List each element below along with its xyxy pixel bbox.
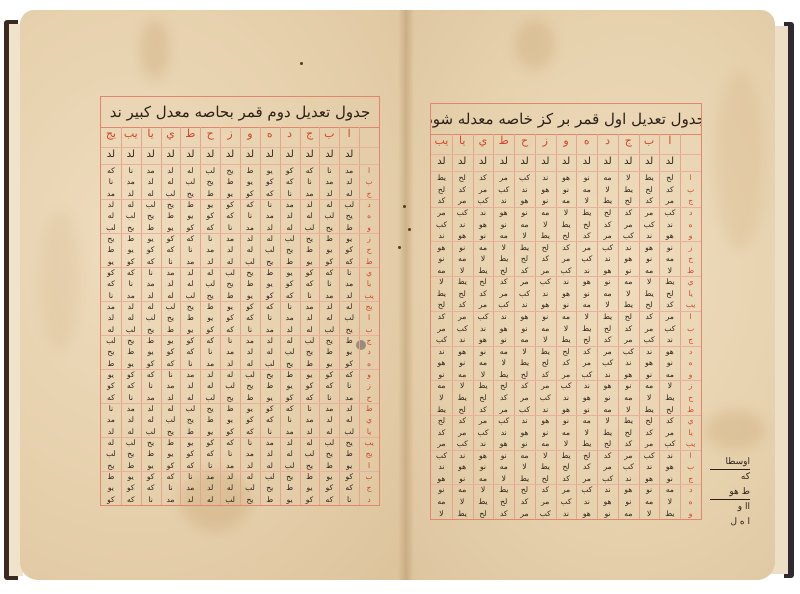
table-cell: كو <box>121 370 141 379</box>
table-cell: نو <box>556 416 577 425</box>
table-cell: لد <box>161 279 181 288</box>
table-row: يالحيطلامهنوهوندكبمركدلحيط <box>431 288 701 300</box>
table-cell: ند <box>618 358 639 367</box>
table-cell: يط <box>639 289 660 298</box>
table-cell: يط <box>618 300 639 309</box>
table-cell: يو <box>141 461 161 470</box>
table-cell: يط <box>556 451 577 460</box>
table-cell: يط <box>576 439 597 448</box>
table-cell: كد <box>431 428 452 437</box>
table-row: الحيطلامهنوهوندكبمركدلحيط <box>431 172 701 184</box>
table-cell: لب <box>161 189 181 198</box>
table-cell: لد <box>260 336 280 345</box>
table-cell: يو <box>240 177 260 186</box>
table-cell: يو <box>240 291 260 300</box>
right-sub-headers: لدلدلدلدلدلدلدلدلدلدلدلد <box>431 156 701 170</box>
argument-cell: يا <box>359 427 379 436</box>
table-cell: يح <box>180 189 200 198</box>
table-row: ويطلامهنوهوندكبمركدلحيطلا <box>431 507 701 519</box>
table-cell: يح <box>161 313 181 322</box>
table-cell: كد <box>556 243 577 252</box>
column-rule <box>220 127 221 505</box>
column-header-cell: يب <box>431 134 452 154</box>
table-cell: يح <box>200 404 220 413</box>
column-header-cell: ز <box>220 127 240 147</box>
table-cell: لا <box>618 289 639 298</box>
table-cell: مر <box>618 335 639 344</box>
table-cell: لب <box>260 245 280 254</box>
table-cell: كو <box>141 359 161 368</box>
table-cell: ند <box>659 335 680 344</box>
table-cell: له <box>141 189 161 198</box>
row-group-rule <box>101 199 379 200</box>
table-cell: مر <box>535 266 556 275</box>
argument-cell: ز <box>359 381 379 390</box>
table-cell: كو <box>260 291 280 300</box>
table-cell: لب <box>121 211 141 220</box>
column-rule <box>161 127 162 505</box>
table-cell: يو <box>141 234 161 243</box>
table-cell: نو <box>535 312 556 321</box>
table-cell: ط <box>220 177 240 186</box>
table-cell: كه <box>200 223 220 232</box>
table-cell: لب <box>319 211 339 220</box>
table-cell: لب <box>339 200 359 209</box>
table-cell: نو <box>473 462 494 471</box>
table-cell: ط <box>339 449 359 458</box>
table-cell: نو <box>493 335 514 344</box>
table-cell: كب <box>659 208 680 217</box>
table-cell: يو <box>260 166 280 175</box>
table-cell: مد <box>300 415 320 424</box>
table-cell: كد <box>597 451 618 460</box>
table-row: جندكبمركدلحيطلامهنوهوندكب <box>431 334 701 346</box>
table-cell: نو <box>659 474 680 483</box>
table-cell: لا <box>597 416 618 425</box>
table-cell: لب <box>141 427 161 436</box>
column-header-cell: ي <box>473 134 494 154</box>
table-cell: كب <box>618 347 639 356</box>
table-cell: لد <box>200 257 220 266</box>
table-cell: مه <box>556 312 577 321</box>
argument-cell: د <box>359 495 379 504</box>
row-group-rule <box>101 369 379 370</box>
table-cell: نا <box>220 336 240 345</box>
table-cell: مه <box>535 324 556 333</box>
table-cell: مر <box>576 474 597 483</box>
table-cell: نو <box>576 173 597 182</box>
table-cell: ط <box>240 166 260 175</box>
sub-header-cell: لد <box>597 156 618 170</box>
argument-cell: ج <box>359 336 379 345</box>
argument-cell: ه <box>680 220 701 229</box>
table-cell: نا <box>260 313 280 322</box>
column-header-cell: ه <box>576 134 597 154</box>
table-cell: يو <box>280 495 300 504</box>
column-rule <box>535 134 536 519</box>
table-cell: ند <box>556 509 577 518</box>
table-cell: كه <box>339 483 359 492</box>
table-cell: كد <box>514 266 535 275</box>
sub-header-cell: لد <box>514 156 535 170</box>
table-cell: لح <box>618 196 639 205</box>
table-cell: يط <box>659 393 680 402</box>
table-cell: مر <box>473 185 494 194</box>
table-cell: هو <box>431 243 452 252</box>
table-cell: لب <box>180 404 200 413</box>
table-cell: لا <box>535 451 556 460</box>
table-cell: نو <box>493 451 514 460</box>
row-group-rule <box>431 346 701 347</box>
table-row: بهوندكبمركدلحيطلامهنوهوند <box>431 461 701 473</box>
table-cell: مر <box>514 277 535 286</box>
argument-cell: ا <box>359 166 379 175</box>
table-cell: مد <box>101 302 121 311</box>
table-cell: نا <box>161 483 181 492</box>
table-cell: هو <box>576 277 597 286</box>
table-cell: نا <box>121 166 141 175</box>
table-cell: مر <box>514 509 535 518</box>
table-cell: يو <box>339 234 359 243</box>
table-cell: كب <box>618 231 639 240</box>
table-cell: نا <box>240 325 260 334</box>
table-cell: مد <box>319 291 339 300</box>
column-header-cell: ا <box>659 134 680 154</box>
table-cell: كب <box>556 381 577 390</box>
table-cell: مد <box>240 449 260 458</box>
argument-header-cell <box>680 134 701 154</box>
table-cell: كد <box>535 370 556 379</box>
table-cell: كب <box>473 312 494 321</box>
table-cell: لب <box>300 449 320 458</box>
table-cell: كه <box>220 211 240 220</box>
table-cell: يح <box>319 223 339 232</box>
sub-header-cell: لد <box>639 156 660 170</box>
table-cell: مر <box>556 254 577 263</box>
column-header-cell: ط <box>493 134 514 154</box>
table-cell: كب <box>473 196 494 205</box>
table-cell: لا <box>556 324 577 333</box>
table-cell: نو <box>639 370 660 379</box>
table-cell: كو <box>240 302 260 311</box>
row-group-rule <box>101 335 379 336</box>
table-row: زنوهوندكبمركدلحيطلامهنوهو <box>431 241 701 253</box>
table-cell: يح <box>101 347 121 356</box>
header-rule <box>101 164 379 165</box>
table-cell: كو <box>180 449 200 458</box>
argument-cell: ج <box>359 189 379 198</box>
table-cell: نا <box>180 245 200 254</box>
column-header-cell: ا <box>339 127 359 147</box>
table-cell: كه <box>180 234 200 243</box>
table-row: جنوهوندكبمركدلحيطلامهنوهو <box>431 473 701 485</box>
table-cell: لا <box>493 358 514 367</box>
table-cell: ند <box>639 462 660 471</box>
table-cell: يح <box>121 223 141 232</box>
table-cell: مه <box>597 405 618 414</box>
table-cell: يو <box>280 268 300 277</box>
sub-header-cell: لد <box>576 156 597 170</box>
argument-cell: يب <box>359 438 379 447</box>
table-row: يكدلحيطلامهنوهوندكبمركدلح <box>431 415 701 427</box>
table-cell: نو <box>535 428 556 437</box>
sub-header-cell: لد <box>300 149 320 163</box>
table-cell: نو <box>597 277 618 286</box>
table-row: زلامهنوهوندكبمركدلحيطلامه <box>431 380 701 392</box>
row-group-rule <box>431 241 701 242</box>
table-cell: له <box>200 495 220 504</box>
table-cell: له <box>260 347 280 356</box>
table-cell: يو <box>180 438 200 447</box>
sub-header-cell: لد <box>260 149 280 163</box>
table-cell: كب <box>639 451 660 460</box>
table-cell: كب <box>514 405 535 414</box>
table-cell: مر <box>514 393 535 402</box>
table-row: حمهنوهوندكبمركدلحيطلامهنو <box>431 253 701 265</box>
table-cell: نو <box>618 497 639 506</box>
table-cell: لا <box>535 220 556 229</box>
table-cell: ط <box>200 302 220 311</box>
table-cell: ند <box>576 266 597 275</box>
argument-cell: ا <box>680 312 701 321</box>
right-table-title: جدول تعديل اول قمر بر کز خاصه معدله شود <box>431 104 701 135</box>
table-cell: هو <box>618 370 639 379</box>
table-cell: نو <box>639 485 660 494</box>
table-cell: مد <box>200 472 220 481</box>
table-cell: كد <box>431 196 452 205</box>
table-cell: له <box>180 279 200 288</box>
table-cell: كو <box>240 189 260 198</box>
table-cell: مه <box>493 462 514 471</box>
table-cell: لا <box>473 485 494 494</box>
table-cell: لح <box>639 300 660 309</box>
table-cell: كب <box>659 439 680 448</box>
table-cell: لب <box>141 313 161 322</box>
table-cell: هو <box>576 393 597 402</box>
table-cell: لد <box>220 359 240 368</box>
table-cell: مه <box>597 289 618 298</box>
table-cell: هو <box>493 208 514 217</box>
table-cell: هو <box>639 474 660 483</box>
table-cell: كه <box>319 381 339 390</box>
table-row: هندكبمركدلحيطلامهنوهوندكب <box>431 218 701 230</box>
table-cell: ند <box>514 300 535 309</box>
table-cell: ط <box>280 257 300 266</box>
table-cell: كد <box>452 300 473 309</box>
table-cell: يو <box>220 415 240 424</box>
table-cell: لد <box>319 415 339 424</box>
table-cell: يو <box>180 325 200 334</box>
table-cell: كه <box>339 370 359 379</box>
table-cell: كه <box>280 291 300 300</box>
table-cell: يو <box>121 359 141 368</box>
table-cell: مر <box>493 289 514 298</box>
book-gutter <box>398 10 414 580</box>
table-cell: لب <box>339 427 359 436</box>
table-cell: لا <box>576 428 597 437</box>
table-cell: كه <box>260 189 280 198</box>
table-cell: ط <box>339 336 359 345</box>
argument-cell: ح <box>359 245 379 254</box>
table-cell: ط <box>260 268 280 277</box>
argument-cell: ب <box>359 177 379 186</box>
table-cell: يط <box>659 509 680 518</box>
column-header-cell: و <box>240 127 260 147</box>
table-cell: يح <box>141 438 161 447</box>
table-cell: كد <box>556 474 577 483</box>
table-cell: مه <box>431 266 452 275</box>
table-cell: كد <box>639 196 660 205</box>
column-rule <box>639 134 640 519</box>
table-cell: كو <box>121 257 141 266</box>
table-cell: هو <box>473 451 494 460</box>
table-cell: لد <box>240 234 260 243</box>
table-cell: كو <box>200 211 220 220</box>
column-header-cell: د <box>597 134 618 154</box>
table-cell: لا <box>597 300 618 309</box>
water-stain <box>140 20 170 80</box>
column-header-cell: د <box>280 127 300 147</box>
table-cell: لح <box>597 439 618 448</box>
table-cell: له <box>180 166 200 175</box>
column-rule <box>576 134 577 519</box>
table-cell: هو <box>659 231 680 240</box>
table-cell: نو <box>535 196 556 205</box>
table-cell: كو <box>339 245 359 254</box>
table-cell: ط <box>280 370 300 379</box>
table-cell: مه <box>618 509 639 518</box>
table-cell: لد <box>180 268 200 277</box>
table-cell: مه <box>576 185 597 194</box>
table-cell: كو <box>280 279 300 288</box>
table-cell: يح <box>319 449 339 458</box>
table-cell: هو <box>535 300 556 309</box>
table-cell: كو <box>200 438 220 447</box>
table-cell: لب <box>300 223 320 232</box>
table-cell: نا <box>280 189 300 198</box>
argument-cell: د <box>359 200 379 209</box>
table-cell: يو <box>161 336 181 345</box>
table-cell: ند <box>431 231 452 240</box>
table-cell: كد <box>597 220 618 229</box>
table-cell: لا <box>639 509 660 518</box>
table-cell: لا <box>514 231 535 240</box>
row-group-rule <box>101 471 379 472</box>
table-cell: كو <box>121 483 141 492</box>
table-cell: كب <box>556 266 577 275</box>
table-cell: مه <box>493 347 514 356</box>
table-cell: لد <box>280 211 300 220</box>
sub-header-cell: لد <box>161 149 181 163</box>
table-cell: يح <box>280 472 300 481</box>
table-cell: لد <box>141 177 161 186</box>
table-cell: يو <box>260 393 280 402</box>
table-cell: مد <box>121 404 141 413</box>
sub-header-cell: لد <box>141 149 161 163</box>
table-cell: يح <box>200 291 220 300</box>
table-cell: نا <box>240 211 260 220</box>
table-cell: لد <box>280 325 300 334</box>
margin-note-line: ا ه ل <box>710 515 750 530</box>
table-cell: لا <box>452 381 473 390</box>
table-cell: كو <box>220 313 240 322</box>
table-cell: لد <box>200 370 220 379</box>
table-cell: نا <box>180 359 200 368</box>
table-cell: نو <box>431 370 452 379</box>
table-cell: نو <box>452 474 473 483</box>
argument-cell: ج <box>680 474 701 483</box>
table-cell: مر <box>618 220 639 229</box>
table-cell: لح <box>493 381 514 390</box>
table-cell: لب <box>240 370 260 379</box>
table-cell: مد <box>141 166 161 175</box>
table-cell: مه <box>639 266 660 275</box>
table-cell: كب <box>431 451 452 460</box>
table-cell: نا <box>121 279 141 288</box>
table-cell: لد <box>141 291 161 300</box>
table-cell: مه <box>514 451 535 460</box>
table-cell: كد <box>535 254 556 263</box>
table-cell: كه <box>260 415 280 424</box>
table-cell: مد <box>260 211 280 220</box>
table-cell: نا <box>161 370 181 379</box>
table-cell: يط <box>659 277 680 286</box>
table-cell: لب <box>200 166 220 175</box>
table-cell: مر <box>493 173 514 182</box>
table-cell: يط <box>639 173 660 182</box>
table-cell: مه <box>576 416 597 425</box>
sub-header-cell: لد <box>101 149 121 163</box>
table-cell: كد <box>659 185 680 194</box>
table-cell: ط <box>240 279 260 288</box>
table-cell: نو <box>473 347 494 356</box>
table-cell: لد <box>319 302 339 311</box>
table-cell: يو <box>300 257 320 266</box>
margin-note-line: كه <box>710 470 750 485</box>
table-row: ييطلامهنوهوندكبمركدلحيطلا <box>431 276 701 288</box>
table-cell: كه <box>240 427 260 436</box>
table-cell: ط <box>319 234 339 243</box>
table-cell: يو <box>161 449 181 458</box>
table-cell: له <box>161 291 181 300</box>
table-cell: يح <box>101 461 121 470</box>
table-cell: يط <box>597 196 618 205</box>
table-cell: لد <box>161 166 181 175</box>
table-cell: لا <box>556 208 577 217</box>
argument-cell: و <box>680 370 701 379</box>
table-cell: ند <box>493 312 514 321</box>
table-cell: مد <box>339 279 359 288</box>
table-cell: لب <box>319 325 339 334</box>
table-cell: له <box>260 461 280 470</box>
column-header-cell: ح <box>514 134 535 154</box>
table-cell: كه <box>300 166 320 175</box>
header-rule <box>101 147 379 148</box>
table-cell: لح <box>576 335 597 344</box>
table-cell: كد <box>639 312 660 321</box>
table-cell: لا <box>659 497 680 506</box>
table-cell: هو <box>452 347 473 356</box>
argument-cell: ط <box>680 405 701 414</box>
table-cell: يح <box>121 449 141 458</box>
table-cell: ط <box>240 393 260 402</box>
table-cell: نو <box>452 358 473 367</box>
table-cell: كد <box>639 428 660 437</box>
table-cell: كو <box>141 472 161 481</box>
table-cell: لد <box>180 495 200 504</box>
table-cell: نا <box>101 177 121 186</box>
table-cell: مر <box>556 485 577 494</box>
